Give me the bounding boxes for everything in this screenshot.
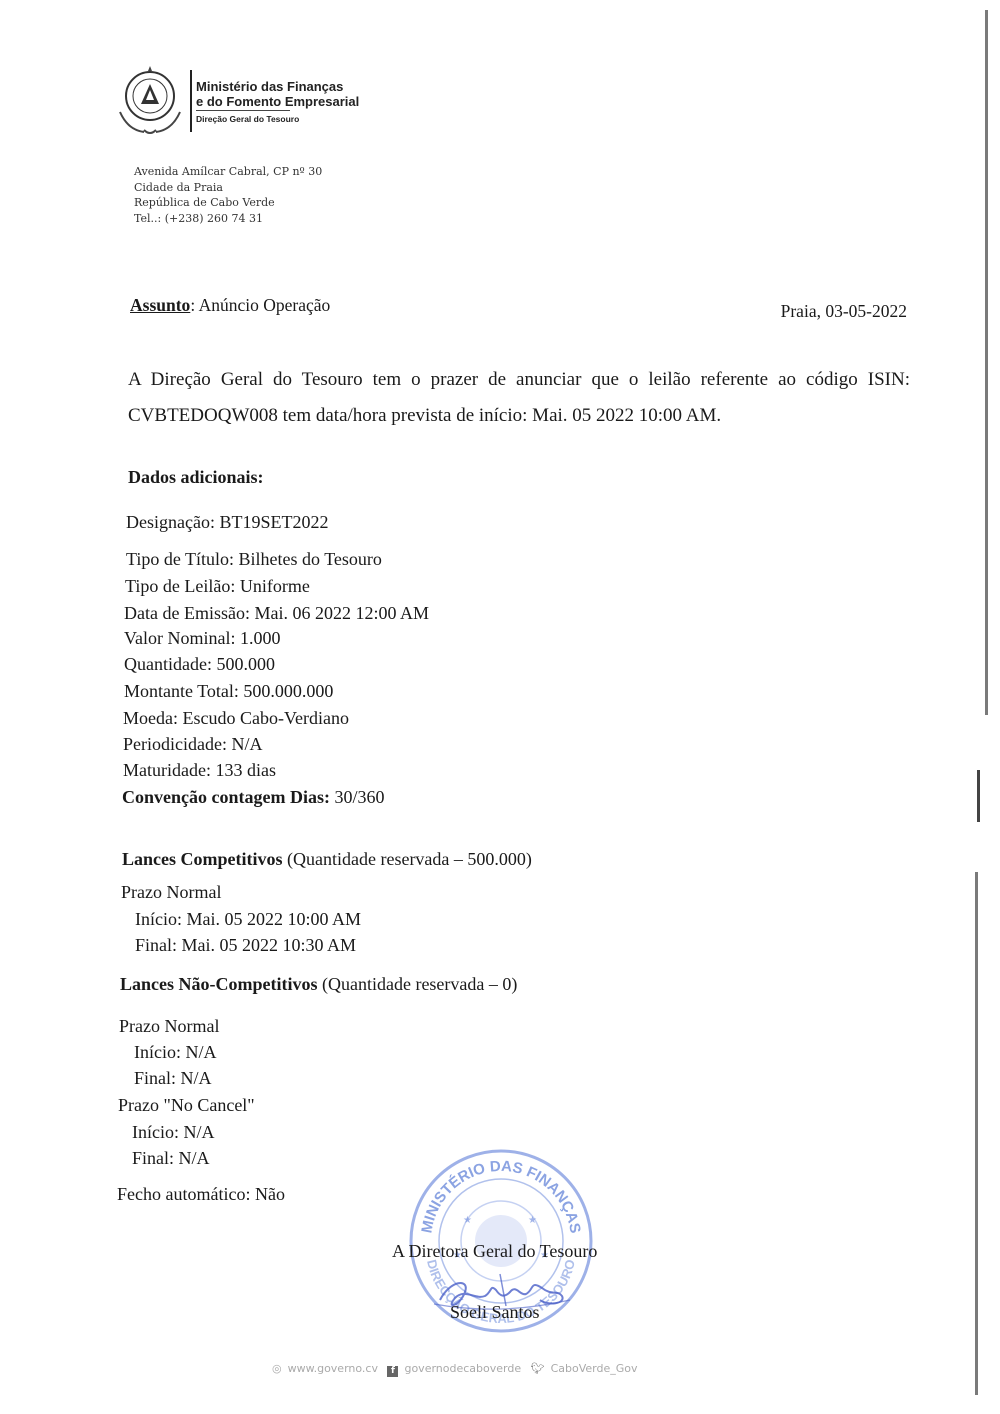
non-competitive-nocancel-end: Final: N/A (132, 1148, 210, 1169)
cabo-verde-coat-of-arms-logo (112, 62, 188, 138)
footer-links: ◎www.governo.cv fgovernodecaboverde 🐦︎Ca… (272, 1362, 644, 1377)
facebook-link[interactable]: governodecaboverde (404, 1362, 521, 1375)
address-line: Tel..: (+238) 260 74 31 (134, 211, 322, 227)
non-competitive-normal-start: Início: N/A (134, 1042, 217, 1063)
field-data-emissao: Data de Emissão: Mai. 06 2022 12:00 AM (124, 603, 429, 624)
field-valor-nominal: Valor Nominal: 1.000 (124, 628, 280, 649)
designation: Designação: BT19SET2022 (126, 512, 328, 533)
twitter-link[interactable]: CaboVerde_Gov (551, 1362, 638, 1375)
field-periodicidade: Periodicidade: N/A (123, 734, 262, 755)
non-competitive-nocancel-label: Prazo "No Cancel" (118, 1095, 255, 1116)
competitive-period-label: Prazo Normal (121, 882, 221, 903)
scan-artifact-line (975, 872, 978, 1395)
field-tipo-titulo: Tipo de Título: Bilhetes do Tesouro (126, 549, 382, 570)
globe-icon: ◎ (272, 1362, 282, 1375)
scan-artifact-line (977, 770, 980, 822)
field-moeda: Moeda: Escudo Cabo-Verdiano (123, 708, 349, 729)
twitter-icon: 🐦︎ (531, 1362, 545, 1375)
ministry-divider (190, 70, 192, 132)
facebook-icon: f (387, 1366, 398, 1377)
subject-line: Assunto: Anúncio Operação (130, 295, 330, 316)
field-maturidade: Maturidade: 133 dias (123, 760, 276, 781)
svg-text:★: ★ (528, 1215, 537, 1226)
subject-value: : Anúncio Operação (190, 295, 330, 315)
field-quantidade: Quantidade: 500.000 (124, 654, 275, 675)
letter-date: Praia, 03-05-2022 (781, 301, 907, 322)
address-block: Avenida Amílcar Cabral, CP nº 30 Cidade … (134, 164, 322, 226)
non-competitive-nocancel-start: Início: N/A (132, 1122, 215, 1143)
address-line: Cidade da Praia (134, 180, 322, 196)
website-link[interactable]: www.governo.cv (288, 1362, 378, 1375)
scan-artifact-line (985, 10, 988, 715)
address-line: Avenida Amílcar Cabral, CP nº 30 (134, 164, 322, 180)
field-montante-total: Montante Total: 500.000.000 (124, 681, 333, 702)
field-tipo-leilao: Tipo de Leilão: Uniforme (125, 576, 310, 597)
signatory-name: Soeli Santos (450, 1302, 540, 1323)
non-competitive-normal-end: Final: N/A (134, 1068, 212, 1089)
department-name: Direção Geral do Tesouro (196, 114, 299, 124)
intro-paragraph: A Direção Geral do Tesouro tem o prazer … (128, 362, 910, 434)
field-convencao: Convenção contagem Dias: 30/360 (122, 787, 385, 808)
svg-text:★: ★ (463, 1215, 472, 1226)
auto-close: Fecho automático: Não (117, 1184, 285, 1205)
additional-data-title: Dados adicionais: (128, 467, 264, 488)
subject-label: Assunto (130, 295, 190, 315)
non-competitive-bids-heading: Lances Não-Competitivos (Quantidade rese… (120, 974, 517, 995)
address-line: República de Cabo Verde (134, 195, 322, 211)
competitive-bids-heading: Lances Competitivos (Quantidade reservad… (122, 849, 532, 870)
ministry-underline (196, 110, 290, 111)
signatory-title: A Diretora Geral do Tesouro (392, 1241, 597, 1262)
non-competitive-normal-label: Prazo Normal (119, 1016, 219, 1037)
competitive-start: Início: Mai. 05 2022 10:00 AM (135, 909, 361, 930)
ministry-name: Ministério das Finanças e do Fomento Emp… (196, 79, 359, 109)
competitive-end: Final: Mai. 05 2022 10:30 AM (135, 935, 356, 956)
